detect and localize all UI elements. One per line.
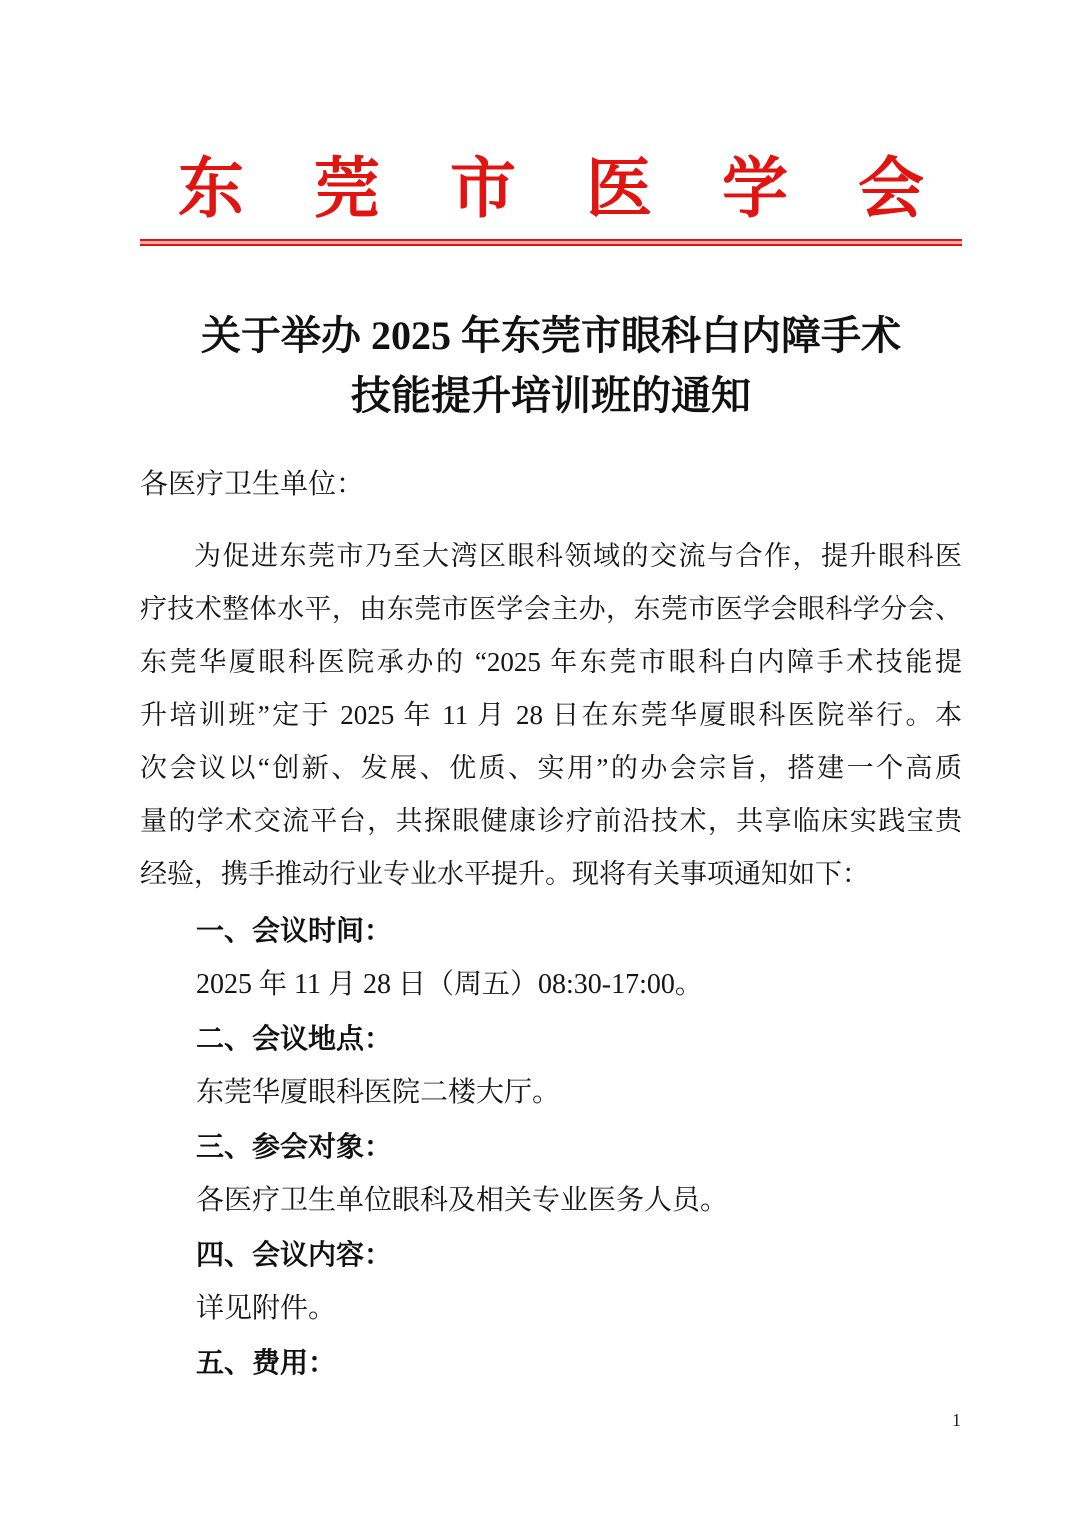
intro-line: 次会议以“创新、发展、优质、实用”的办会宗旨，搭建一个高质 — [140, 742, 962, 795]
section-1-content: 2025 年 11 月 28 日（周五）08:30-17:00。 — [140, 958, 962, 1012]
intro-line: 经验，携手推动行业专业水平提升。现将有关事项通知如下： — [140, 848, 962, 901]
doc-title-line-1: 关于举办 2025 年东莞市眼科白内障手术 — [140, 306, 962, 366]
document-content: 东莞市医学会 关于举办 2025 年东莞市眼科白内障手术 技能提升培训班的通知 … — [140, 0, 962, 1390]
doc-title-line-2: 技能提升培训班的通知 — [140, 366, 962, 426]
section-2-heading: 二、会议地点： — [140, 1012, 962, 1066]
section-3-content: 各医疗卫生单位眼科及相关专业医务人员。 — [140, 1174, 962, 1228]
intro-paragraph: 为促进东莞市乃至大湾区眼科领域的交流与合作，提升眼科医 疗技术整体水平，由东莞市… — [140, 530, 962, 901]
sections: 一、会议时间： 2025 年 11 月 28 日（周五）08:30-17:00。… — [140, 904, 962, 1390]
section-4-heading: 四、会议内容： — [140, 1228, 962, 1282]
intro-line: 东莞华厦眼科医院承办的 “2025 年东莞市眼科白内障手术技能提 — [140, 636, 962, 689]
section-2-content: 东莞华厦眼科医院二楼大厅。 — [140, 1066, 962, 1120]
page-number: 1 — [952, 1408, 961, 1432]
letterhead: 东莞市医学会 — [140, 0, 962, 229]
section-1-heading: 一、会议时间： — [140, 904, 962, 958]
doc-title: 关于举办 2025 年东莞市眼科白内障手术 技能提升培训班的通知 — [140, 306, 962, 426]
section-3-heading: 三、参会对象： — [140, 1120, 962, 1174]
letterhead-divider — [140, 239, 962, 246]
intro-line: 升培训班”定于 2025 年 11 月 28 日在东莞华厦眼科医院举行。本 — [140, 689, 962, 742]
org-name: 东莞市医学会 — [178, 150, 994, 229]
section-4-content: 详见附件。 — [140, 1282, 962, 1336]
document-page: 东莞市医学会 关于举办 2025 年东莞市眼科白内障手术 技能提升培训班的通知 … — [0, 0, 1080, 1527]
intro-line: 为促进东莞市乃至大湾区眼科领域的交流与合作，提升眼科医 — [140, 530, 962, 583]
intro-line: 量的学术交流平台，共探眼健康诊疗前沿技术，共享临床实践宝贵 — [140, 795, 962, 848]
salutation: 各医疗卫生单位： — [140, 458, 962, 512]
section-5-heading: 五、费用： — [140, 1336, 962, 1390]
intro-line: 疗技术整体水平，由东莞市医学会主办，东莞市医学会眼科学分会、 — [140, 583, 962, 636]
